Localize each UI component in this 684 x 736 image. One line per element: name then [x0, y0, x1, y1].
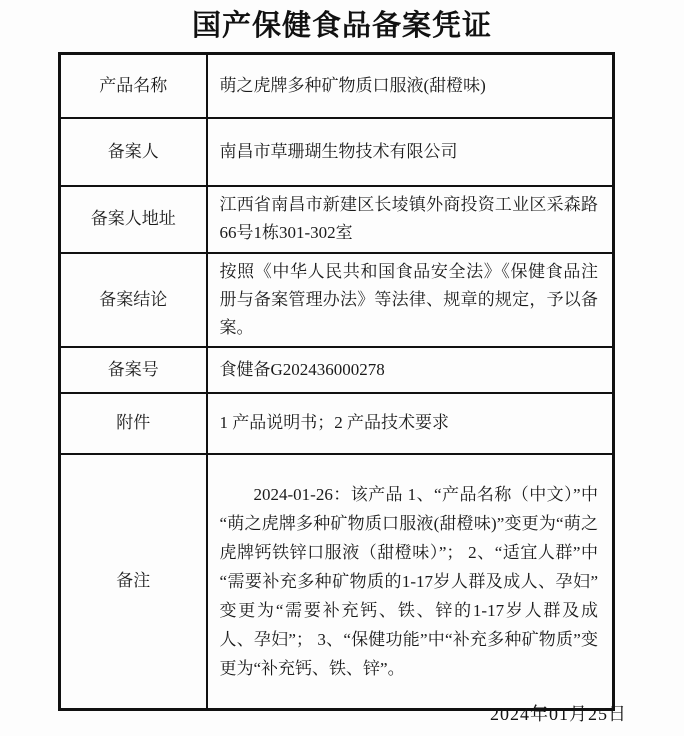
table-row-attachments: 附件 1 产品说明书；2 产品技术要求	[60, 393, 614, 454]
row-label: 备案结论	[60, 253, 207, 347]
row-value: 1 产品说明书；2 产品技术要求	[207, 393, 614, 454]
table-row-remarks: 备注 2024-01-26：该产品 1、“产品名称（中文）”中“萌之虎牌多种矿物…	[60, 454, 614, 710]
row-label: 附件	[60, 393, 207, 454]
row-value: 南昌市草珊瑚生物技术有限公司	[207, 118, 614, 186]
certificate-table: 产品名称 萌之虎牌多种矿物质口服液(甜橙味) 备案人 南昌市草珊瑚生物技术有限公…	[58, 52, 615, 711]
row-value: 萌之虎牌多种矿物质口服液(甜橙味)	[207, 54, 614, 118]
page-title: 国产保健食品备案凭证	[0, 0, 684, 44]
issue-date: 2024年01月25日	[490, 700, 627, 726]
row-label: 备案人地址	[60, 186, 207, 253]
row-label: 备注	[60, 454, 207, 710]
row-label: 备案人	[60, 118, 207, 186]
table-row-filer: 备案人 南昌市草珊瑚生物技术有限公司	[60, 118, 614, 186]
row-label: 产品名称	[60, 54, 207, 118]
row-value: 食健备G202436000278	[207, 347, 614, 393]
table-row-filer-address: 备案人地址 江西省南昌市新建区长堎镇外商投资工业区采森路66号1栋301-302…	[60, 186, 614, 253]
row-label: 备案号	[60, 347, 207, 393]
row-value: 江西省南昌市新建区长堎镇外商投资工业区采森路66号1栋301-302室	[207, 186, 614, 253]
row-value: 按照《中华人民共和国食品安全法》《保健食品注册与备案管理办法》等法律、规章的规定…	[207, 253, 614, 347]
table-row-filing-conclusion: 备案结论 按照《中华人民共和国食品安全法》《保健食品注册与备案管理办法》等法律、…	[60, 253, 614, 347]
table-row-product-name: 产品名称 萌之虎牌多种矿物质口服液(甜橙味)	[60, 54, 614, 118]
table-row-filing-number: 备案号 食健备G202436000278	[60, 347, 614, 393]
row-value: 2024-01-26：该产品 1、“产品名称（中文）”中“萌之虎牌多种矿物质口服…	[207, 454, 614, 710]
